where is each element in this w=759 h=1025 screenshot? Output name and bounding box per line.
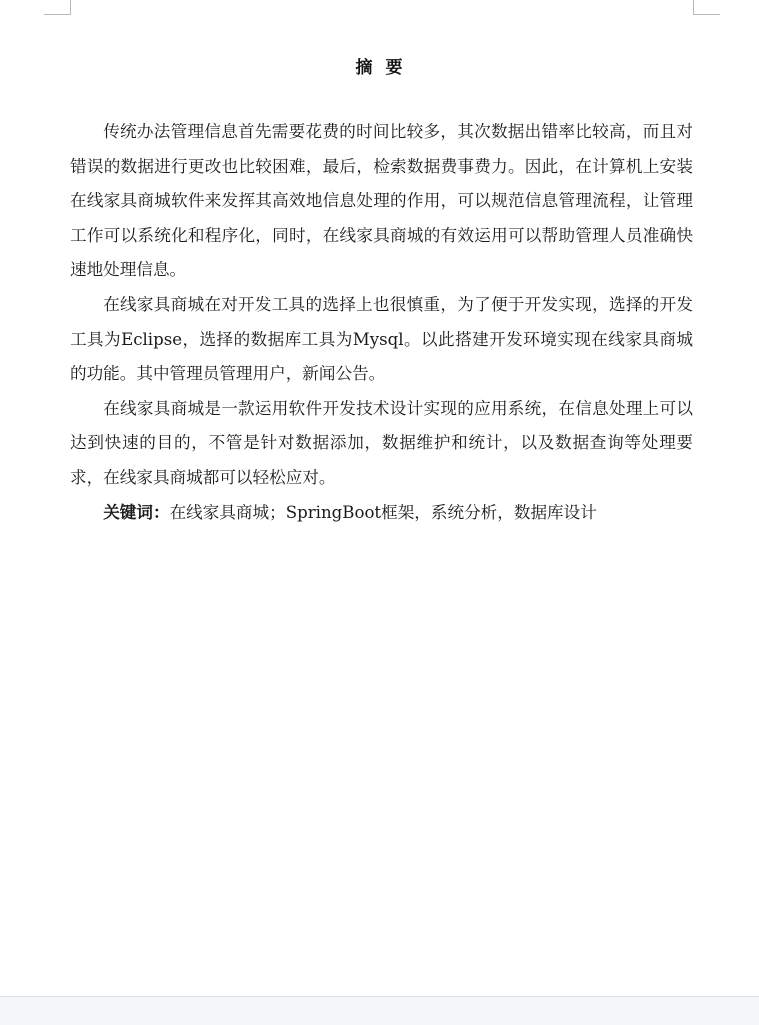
title-char: 摘 bbox=[356, 58, 374, 78]
abstract-paragraph-2: 在线家具商城在对开发工具的选择上也很慎重，为了便于开发实现，选择的开发工具为Ec… bbox=[70, 288, 693, 392]
title-char: 要 bbox=[386, 58, 404, 78]
page-corner-mark-top-right bbox=[693, 0, 720, 15]
document-page: 摘要 传统办法管理信息首先需要花费的时间比较多，其次数据出错率比较高，而且对错误… bbox=[0, 0, 759, 997]
abstract-body: 传统办法管理信息首先需要花费的时间比较多，其次数据出错率比较高，而且对错误的数据… bbox=[70, 115, 693, 530]
page-corner-mark-top-left bbox=[44, 0, 71, 15]
abstract-paragraph-1: 传统办法管理信息首先需要花费的时间比较多，其次数据出错率比较高，而且对错误的数据… bbox=[70, 115, 693, 288]
keywords-label: 关键词： bbox=[103, 503, 169, 522]
abstract-paragraph-3: 在线家具商城是一款运用软件开发技术设计实现的应用系统，在信息处理上可以达到快速的… bbox=[70, 392, 693, 496]
keywords-line: 关键词：在线家具商城；SpringBoot框架，系统分析，数据库设计 bbox=[70, 496, 693, 531]
abstract-title: 摘要 bbox=[0, 53, 759, 78]
keywords-value: 在线家具商城；SpringBoot框架，系统分析，数据库设计 bbox=[170, 503, 597, 522]
